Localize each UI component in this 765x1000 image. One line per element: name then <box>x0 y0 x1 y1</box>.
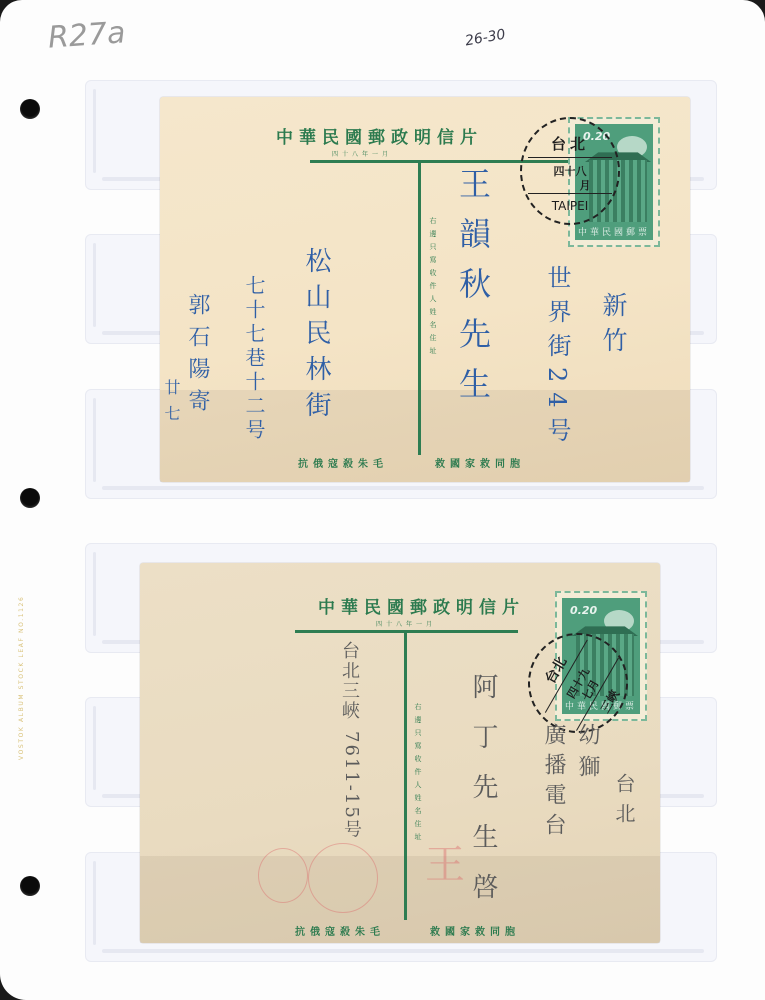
postcard-2[interactable]: 中華民國郵政明信片 四十八年一月 右邊只寫收件人姓名住址 抗俄寇殺朱毛 救國家救… <box>140 563 660 943</box>
recipient-name: 阿丁先生啓 <box>465 673 502 923</box>
sender-number: 7611-15号 <box>338 731 364 840</box>
postmark-city: 台北 <box>522 133 618 154</box>
recipient-address-3: 廣播電台 <box>538 723 569 843</box>
sender-name: 郭石陽寄 <box>182 293 213 421</box>
recipient-address-2: 幼獅 <box>572 723 603 787</box>
postcard-1[interactable]: 中華民國郵政明信片 四十八年一月 右邊只寫收件人姓名住址 抗俄寇殺朱毛 救國家救… <box>160 97 690 482</box>
recipient-address-2: 世界街24号 <box>540 265 575 452</box>
recipient-instruction: 右邊只寫收件人姓名住址 <box>413 703 423 846</box>
album-stock-leaf: R27a 26-30 VOSTOK ALBUM STOCK LEAF NO.11… <box>0 0 765 1000</box>
postmark-latin: TAIPEI <box>522 199 618 213</box>
catalog-note: R27a <box>47 15 127 55</box>
stamp-caption: 中華民國郵票 <box>575 225 653 238</box>
recipient-address-1: 台北 <box>610 773 639 833</box>
recipient-instruction: 右邊只寫收件人姓名住址 <box>428 217 438 360</box>
slogan-left: 抗俄寇殺朱毛 <box>295 923 385 938</box>
sender-address: 台北三峽 <box>336 641 362 721</box>
divider-vertical <box>418 160 421 455</box>
binder-hole-icon <box>20 876 40 896</box>
card-title: 中華民國郵政明信片 <box>276 123 483 148</box>
recipient-address-1: 新竹 <box>595 292 631 362</box>
slogan-left: 抗俄寇殺朱毛 <box>298 455 388 470</box>
postmark-month: 月 <box>552 177 618 193</box>
card-issue-date: 四十八年一月 <box>332 149 392 158</box>
slogan-right: 救國家救同胞 <box>435 455 525 470</box>
postmark: 台北 四十八 月 TAIPEI <box>520 117 620 225</box>
stamp-value: 0.20 <box>570 604 597 617</box>
binder-hole-icon <box>20 488 40 508</box>
slogan-right: 救國家救同胞 <box>430 923 520 938</box>
divider-vertical <box>404 630 407 920</box>
sleeve-overlay <box>140 856 660 943</box>
red-ink-offset: 王 <box>425 833 465 890</box>
sender-address-1: 松山民林街 <box>298 247 335 427</box>
sender-address-2: 七十七巷十二号 <box>240 275 269 443</box>
binder-hole-icon <box>20 99 40 119</box>
red-postmark-offset <box>308 843 378 913</box>
recipient-name: 王韻秋先生 <box>450 167 496 417</box>
card-title: 中華民國郵政明信片 <box>318 593 525 618</box>
leaf-brand-text: VOSTOK ALBUM STOCK LEAF NO.1126 <box>18 560 25 760</box>
range-note: 26-30 <box>464 27 507 50</box>
red-postmark-offset <box>258 848 308 903</box>
date-note: 廿七 <box>160 379 183 431</box>
card-issue-date: 四十八年一月 <box>376 619 436 628</box>
